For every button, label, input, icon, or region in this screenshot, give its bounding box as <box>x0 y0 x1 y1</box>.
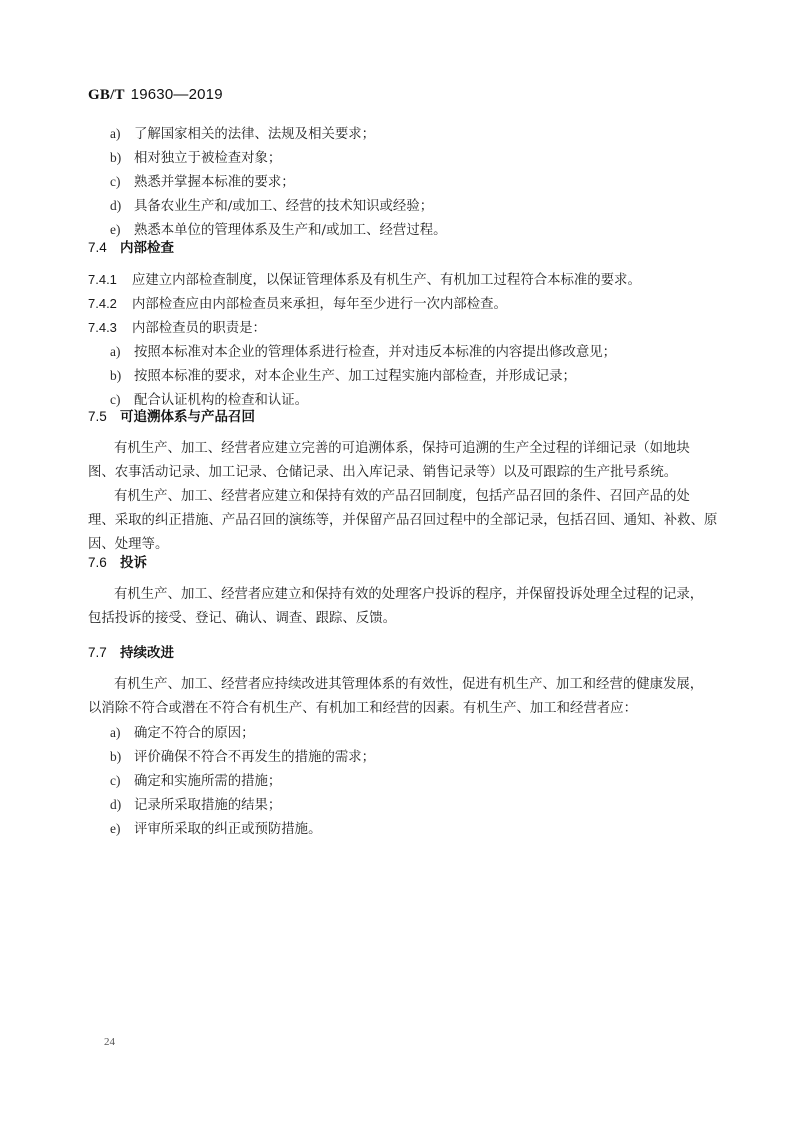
list-item: c)熟悉并掌握本标准的要求； <box>110 172 295 193</box>
clause-7-4-2: 7.4.2内部检查应由内部检查员来承担，每年至少进行一次内部检查。 <box>88 294 507 315</box>
list-item: a)按照本标准对本企业的管理体系进行检查，并对违反本标准的内容提出修改意见； <box>110 342 616 363</box>
paragraph-line: 有机生产、加工、经营者应建立完善的可追溯体系，保持可追溯的生产全过程的详细记录（… <box>114 439 690 459</box>
list-item: b)相对独立于被检查对象； <box>110 148 281 169</box>
section-heading-7-6: 7.6投诉 <box>88 553 147 573</box>
clause-7-4-3: 7.4.3内部检查员的职责是： <box>88 318 266 339</box>
clause-7-4-1: 7.4.1应建立内部检查制度，以保证管理体系及有机生产、有机加工过程符合本标准的… <box>88 270 641 291</box>
standard-number: 19630—2019 <box>131 86 223 103</box>
section-heading-7-5: 7.5可追溯体系与产品召回 <box>88 407 255 427</box>
section-heading-7-7: 7.7持续改进 <box>88 643 174 663</box>
list-item: a)了解国家相关的法律、法规及相关要求； <box>110 124 375 145</box>
list-item: b)评价确保不符合不再发生的措施的需求； <box>110 747 375 768</box>
paragraph-line: 包括投诉的接受、登记、确认、调查、跟踪、反馈。 <box>88 609 396 629</box>
paragraph-line: 以消除不符合或潜在不符合有机生产、有机加工和经营的因素。有机生产、加工和经营者应… <box>88 699 637 719</box>
list-item: c)确定和实施所需的措施； <box>110 771 281 792</box>
page-number: 24 <box>104 1036 115 1048</box>
paragraph-line: 图、农事活动记录、加工记录、仓储记录、出入库记录、销售记录等）以及可跟踪的生产批… <box>88 463 677 483</box>
list-item: b)按照本标准的要求，对本企业生产、加工过程实施内部检查，并形成记录； <box>110 366 576 387</box>
list-item: d)具备农业生产和/或加工、经营的技术知识或经验； <box>110 196 433 217</box>
paragraph-line: 有机生产、加工、经营者应建立和保持有效的处理客户投诉的程序，并保留投诉处理全过程… <box>114 585 703 605</box>
document-page: GB/T19630—2019 a)了解国家相关的法律、法规及相关要求； b)相对… <box>0 0 800 1135</box>
standard-code-header: GB/T19630—2019 <box>88 86 223 104</box>
paragraph-line: 理、采取的纠正措施、产品召回的演练等，并保留产品召回过程中的全部记录，包括召回、… <box>88 511 717 531</box>
list-item: d)记录所采取措施的结果； <box>110 795 281 816</box>
section-heading-7-4: 7.4内部检查 <box>88 238 174 258</box>
list-item: a)确定不符合的原因； <box>110 723 255 744</box>
paragraph-line: 因、处理等。 <box>88 535 168 555</box>
standard-prefix: GB/T <box>88 87 125 103</box>
paragraph-line: 有机生产、加工、经营者应建立和保持有效的产品召回制度，包括产品召回的条件、召回产… <box>114 487 690 507</box>
paragraph-line: 有机生产、加工、经营者应持续改进其管理体系的有效性，促进有机生产、加工和经营的健… <box>114 675 703 695</box>
list-item: e)评审所采取的纠正或预防措施。 <box>110 819 321 840</box>
